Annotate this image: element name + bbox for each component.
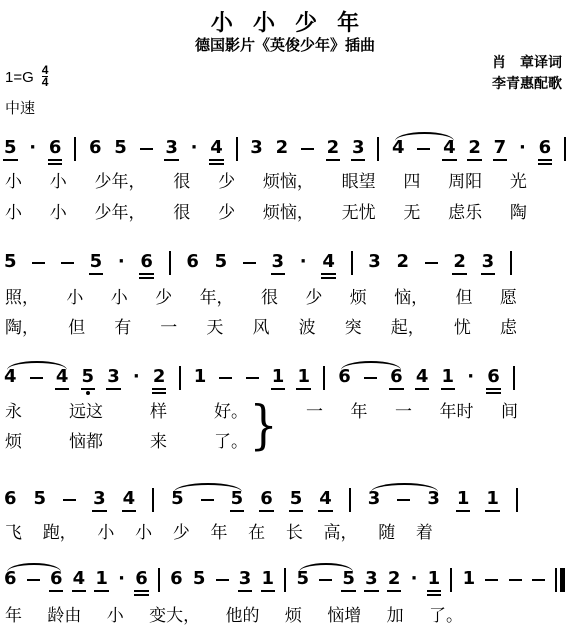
barline [377, 137, 379, 161]
rhythm-dot: · [118, 253, 125, 271]
note-3: 3 [107, 368, 120, 386]
note-5: 5 [34, 490, 47, 508]
duration-dash [246, 377, 259, 379]
final-barline [555, 568, 565, 592]
lyric-syllable: 年 [210, 523, 227, 543]
note-4: 4 [322, 253, 335, 271]
lyrics-row: 一年一年时间 [306, 402, 518, 422]
duration-dash [219, 377, 232, 379]
duration-dash [140, 148, 153, 150]
note-1: 1 [457, 490, 470, 508]
lyric-syllable: 烦 [5, 432, 22, 452]
lyric-syllable: 少 [305, 288, 322, 308]
lyric-syllable: 跑， [43, 523, 77, 543]
barline [564, 137, 566, 161]
duration-dash [509, 579, 522, 581]
note-5: 5 [4, 253, 17, 271]
lyric-syllable: 恼都 [69, 432, 103, 452]
lyric-syllable: 四 [403, 172, 420, 192]
eighth-underline [134, 594, 149, 596]
lyric-syllable: 长 [286, 523, 303, 543]
duration-dash [63, 499, 76, 501]
note-3: 3 [365, 570, 378, 588]
lyric-syllable: 很 [173, 172, 190, 192]
lyric-syllable: 一 [395, 402, 412, 422]
duration-dash [319, 579, 332, 581]
duration-dash [417, 148, 430, 150]
eighth-underline [48, 163, 63, 165]
lyric-syllable: 了。 [214, 432, 248, 452]
eighth-underline [152, 388, 167, 390]
lyric-syllable: 天 [206, 318, 223, 338]
eighth-underline [538, 159, 553, 161]
note-5: 5 [215, 253, 228, 271]
note-2: 2 [453, 253, 466, 271]
lyric-syllable: 小 [66, 288, 83, 308]
slur-arc [299, 563, 353, 574]
note-1: 1 [486, 490, 499, 508]
note-5: 5 [193, 570, 206, 588]
eighth-underline [467, 159, 482, 161]
note-2: 2 [388, 570, 401, 588]
eighth-underline [415, 388, 430, 390]
lyric-syllable: 虑 [500, 318, 517, 338]
barline [351, 251, 353, 275]
note-6: 6 [135, 570, 148, 588]
slur-arc [395, 132, 454, 143]
eighth-underline [238, 590, 253, 592]
note-4: 4 [73, 570, 86, 588]
note-4: 4 [210, 139, 223, 157]
note-3: 3 [368, 253, 381, 271]
eighth-underline [326, 159, 341, 161]
lyric-syllable: 年时 [440, 402, 474, 422]
slur-arc [174, 483, 242, 494]
lyric-syllable: 间 [501, 402, 518, 422]
lyric-syllable: 恼， [394, 288, 428, 308]
lyric-syllable: 飞 [5, 523, 22, 543]
eighth-underline [289, 510, 304, 512]
lyric-syllable: 有 [114, 318, 131, 338]
eighth-underline [271, 388, 286, 390]
lyric-syllable: 少年， [95, 172, 146, 192]
duration-dash [201, 499, 214, 501]
eighth-underline [493, 159, 508, 161]
eighth-underline [261, 590, 276, 592]
lyric-syllable: 但 [68, 318, 85, 338]
lyric-syllable: 了。 [429, 606, 463, 626]
lyric-syllable: 少 [173, 523, 190, 543]
lyric-syllable: 小 [50, 203, 67, 223]
note-6: 6 [49, 139, 62, 157]
duration-dash [532, 579, 545, 581]
barline [513, 366, 515, 390]
note-6: 6 [487, 368, 500, 386]
note-1: 1 [428, 570, 441, 588]
barline [284, 568, 286, 592]
eighth-underline [94, 590, 109, 592]
eighth-underline [389, 388, 404, 390]
eighth-underline [152, 392, 167, 394]
lyric-syllable: 陶 [510, 203, 527, 223]
note-2: 2 [153, 368, 166, 386]
eighth-underline [92, 510, 107, 512]
note-1: 1 [95, 570, 108, 588]
eighth-underline [441, 388, 456, 390]
note-4: 4 [416, 368, 429, 386]
duration-dash [425, 262, 438, 264]
final-barline-thick [560, 568, 565, 592]
lyric-syllable: 高， [324, 523, 358, 543]
rhythm-dot: · [191, 139, 198, 157]
note-6: 6 [140, 253, 153, 271]
note-3: 3 [272, 253, 285, 271]
rhythm-dot: · [300, 253, 307, 271]
rhythm-dot: · [29, 139, 36, 157]
slur-arc [341, 361, 401, 372]
slur-arc [7, 563, 61, 574]
eighth-underline [164, 159, 179, 161]
note-1: 1 [272, 368, 285, 386]
lyric-syllable: 龄由 [47, 606, 81, 626]
note-4: 4 [319, 490, 332, 508]
lyric-syllable: 光 [510, 172, 527, 192]
barline [510, 251, 512, 275]
eighth-underline [321, 277, 336, 279]
lyric-syllable: 他的 [226, 606, 260, 626]
eighth-underline [351, 159, 366, 161]
lyric-syllable: 烦 [350, 288, 367, 308]
duration-dash [27, 579, 40, 581]
barline [74, 137, 76, 161]
duration-dash [32, 262, 45, 264]
lyrics-brace: } [249, 395, 277, 457]
note-2: 2 [468, 139, 481, 157]
note-1: 1 [262, 570, 275, 588]
lyric-syllable: 小 [5, 172, 22, 192]
lyric-syllable: 少 [218, 172, 235, 192]
note-6: 6 [186, 253, 199, 271]
note-2: 2 [276, 139, 289, 157]
duration-dash [397, 499, 410, 501]
lyric-syllable: 小 [50, 172, 67, 192]
rhythm-dot: · [133, 368, 140, 386]
score-area: 5·6653·432234427·655·6653·432234453·2111… [0, 0, 570, 636]
eighth-underline [49, 590, 64, 592]
lyric-syllable: 但 [456, 288, 473, 308]
barline [349, 488, 351, 512]
eighth-underline [452, 273, 467, 275]
eighth-underline [139, 273, 154, 275]
note-1: 1 [194, 368, 207, 386]
duration-dash [485, 579, 498, 581]
note-5: 5 [114, 139, 127, 157]
eighth-underline [442, 159, 457, 161]
eighth-underline [209, 159, 224, 161]
low-octave-dot [86, 391, 90, 395]
note-1: 1 [463, 570, 476, 588]
barline [158, 568, 160, 592]
note-3: 3 [482, 253, 495, 271]
lyric-syllable: 眼望 [342, 172, 376, 192]
lyric-syllable: 波 [299, 318, 316, 338]
rhythm-dot: · [519, 139, 526, 157]
slur-arc [371, 483, 438, 494]
lyric-syllable: 来 [150, 432, 167, 452]
lyric-syllable: 少年， [95, 203, 146, 223]
note-3: 3 [250, 139, 263, 157]
lyrics-row: 陶，但有一天风波突起，忧虑 [5, 318, 517, 338]
lyric-syllable: 无忧 [342, 203, 376, 223]
lyric-syllable: 烦恼， [263, 172, 314, 192]
lyric-syllable: 在 [248, 523, 265, 543]
eighth-underline [341, 590, 356, 592]
lyric-syllable: 突 [345, 318, 362, 338]
duration-dash [243, 262, 256, 264]
final-barline-thin [555, 568, 557, 592]
note-2: 2 [396, 253, 409, 271]
lyric-syllable: 着 [416, 523, 433, 543]
lyric-syllable: 周阳 [448, 172, 482, 192]
note-6: 6 [89, 139, 102, 157]
lyric-syllable: 忧 [454, 318, 471, 338]
lyric-syllable: 远这 [69, 402, 103, 422]
lyrics-row: 永远这样好。 [5, 402, 248, 422]
lyrics-row: 照，小小少年，很少烦恼，但愿 [5, 288, 517, 308]
lyric-syllable: 加 [387, 606, 404, 626]
lyric-syllable: 少 [155, 288, 172, 308]
eighth-underline [106, 388, 121, 390]
duration-dash [61, 262, 74, 264]
eighth-underline [271, 273, 286, 275]
lyrics-row: 飞跑，小小少年在长高，随着 [5, 523, 433, 543]
eighth-underline [427, 594, 442, 596]
eighth-underline [486, 388, 501, 390]
eighth-underline [296, 388, 311, 390]
barline [169, 251, 171, 275]
eighth-underline [456, 510, 471, 512]
lyric-syllable: 年， [200, 288, 234, 308]
rhythm-dot: · [411, 570, 418, 588]
lyric-syllable: 一 [160, 318, 177, 338]
sheet-music-page: 小 小 少 年 德国影片《英俊少年》插曲 肖 章译词 李青惠配歌 1=G44 中… [0, 0, 570, 636]
lyric-syllable: 小 [135, 523, 152, 543]
eighth-underline [364, 590, 379, 592]
lyrics-row: 小小少年，很少烦恼，无忧无虑乐陶 [5, 203, 527, 223]
lyric-syllable: 风 [252, 318, 269, 338]
eighth-underline [81, 388, 96, 390]
eighth-underline [538, 163, 553, 165]
eighth-underline [481, 273, 496, 275]
lyric-syllable: 少 [218, 203, 235, 223]
note-6: 6 [170, 570, 183, 588]
eighth-underline [48, 159, 63, 161]
duration-dash [364, 377, 377, 379]
rhythm-dot: · [467, 368, 474, 386]
lyric-syllable: 年 [351, 402, 368, 422]
lyric-syllable: 陶， [5, 318, 39, 338]
music-line: 6641·665315532·11 [4, 562, 565, 610]
lyric-syllable: 愿 [500, 288, 517, 308]
lyric-syllable: 很 [173, 203, 190, 223]
barline [179, 366, 181, 390]
eighth-underline [427, 590, 442, 592]
eighth-underline [485, 510, 500, 512]
note-5: 5 [290, 490, 303, 508]
note-1: 1 [297, 368, 310, 386]
lyric-syllable: 虑乐 [448, 203, 482, 223]
eighth-underline [318, 510, 333, 512]
lyric-syllable: 一 [306, 402, 323, 422]
duration-dash [216, 579, 229, 581]
lyrics-row: 小小少年，很少烦恼，眼望四周阳光 [5, 172, 527, 192]
eighth-underline [259, 510, 274, 512]
barline [323, 366, 325, 390]
lyric-syllable: 永 [5, 402, 22, 422]
eighth-underline [122, 510, 137, 512]
note-5: 5 [4, 139, 17, 157]
note-3: 3 [239, 570, 252, 588]
lyric-syllable: 烦 [285, 606, 302, 626]
lyric-syllable: 小 [5, 203, 22, 223]
lyric-syllable: 起， [391, 318, 425, 338]
lyric-syllable: 随 [378, 523, 395, 543]
eighth-underline [72, 590, 87, 592]
lyric-syllable: 样 [150, 402, 167, 422]
note-5: 5 [90, 253, 103, 271]
eighth-underline [230, 510, 245, 512]
duration-dash [30, 377, 43, 379]
slur-arc [7, 361, 67, 372]
barline [450, 568, 452, 592]
eighth-underline [486, 392, 501, 394]
eighth-underline [134, 590, 149, 592]
note-1: 1 [442, 368, 455, 386]
note-3: 3 [352, 139, 365, 157]
note-3: 3 [165, 139, 178, 157]
note-6: 6 [539, 139, 552, 157]
rhythm-dot: · [118, 570, 125, 588]
lyric-syllable: 小 [97, 523, 114, 543]
eighth-underline [3, 159, 18, 161]
note-6: 6 [260, 490, 273, 508]
lyric-syllable: 好。 [214, 402, 248, 422]
lyric-syllable: 烦恼， [263, 203, 314, 223]
music-line: 55·6653·43223 [4, 245, 512, 293]
eighth-underline [321, 273, 336, 275]
lyric-syllable: 变大， [149, 606, 200, 626]
barline [516, 488, 518, 512]
lyric-syllable: 年 [5, 606, 22, 626]
eighth-underline [387, 590, 402, 592]
lyric-syllable: 小 [111, 288, 128, 308]
lyrics-row: 烦恼都来了。 [5, 432, 248, 452]
lyrics-row: 年龄由小变大，他的烦恼增加了。 [5, 606, 463, 626]
note-6: 6 [4, 490, 17, 508]
note-4: 4 [123, 490, 136, 508]
lyric-syllable: 照， [5, 288, 39, 308]
note-2: 2 [327, 139, 340, 157]
lyric-syllable: 恼增 [327, 606, 361, 626]
eighth-underline [209, 163, 224, 165]
eighth-underline [139, 277, 154, 279]
lyric-syllable: 无 [403, 203, 420, 223]
note-7: 7 [494, 139, 507, 157]
lyric-syllable: 很 [261, 288, 278, 308]
note-5: 5 [82, 368, 95, 386]
eighth-underline [89, 273, 104, 275]
barline [236, 137, 238, 161]
eighth-underline [55, 388, 70, 390]
lyric-syllable: 小 [107, 606, 124, 626]
duration-dash [301, 148, 314, 150]
note-3: 3 [93, 490, 106, 508]
barline [152, 488, 154, 512]
